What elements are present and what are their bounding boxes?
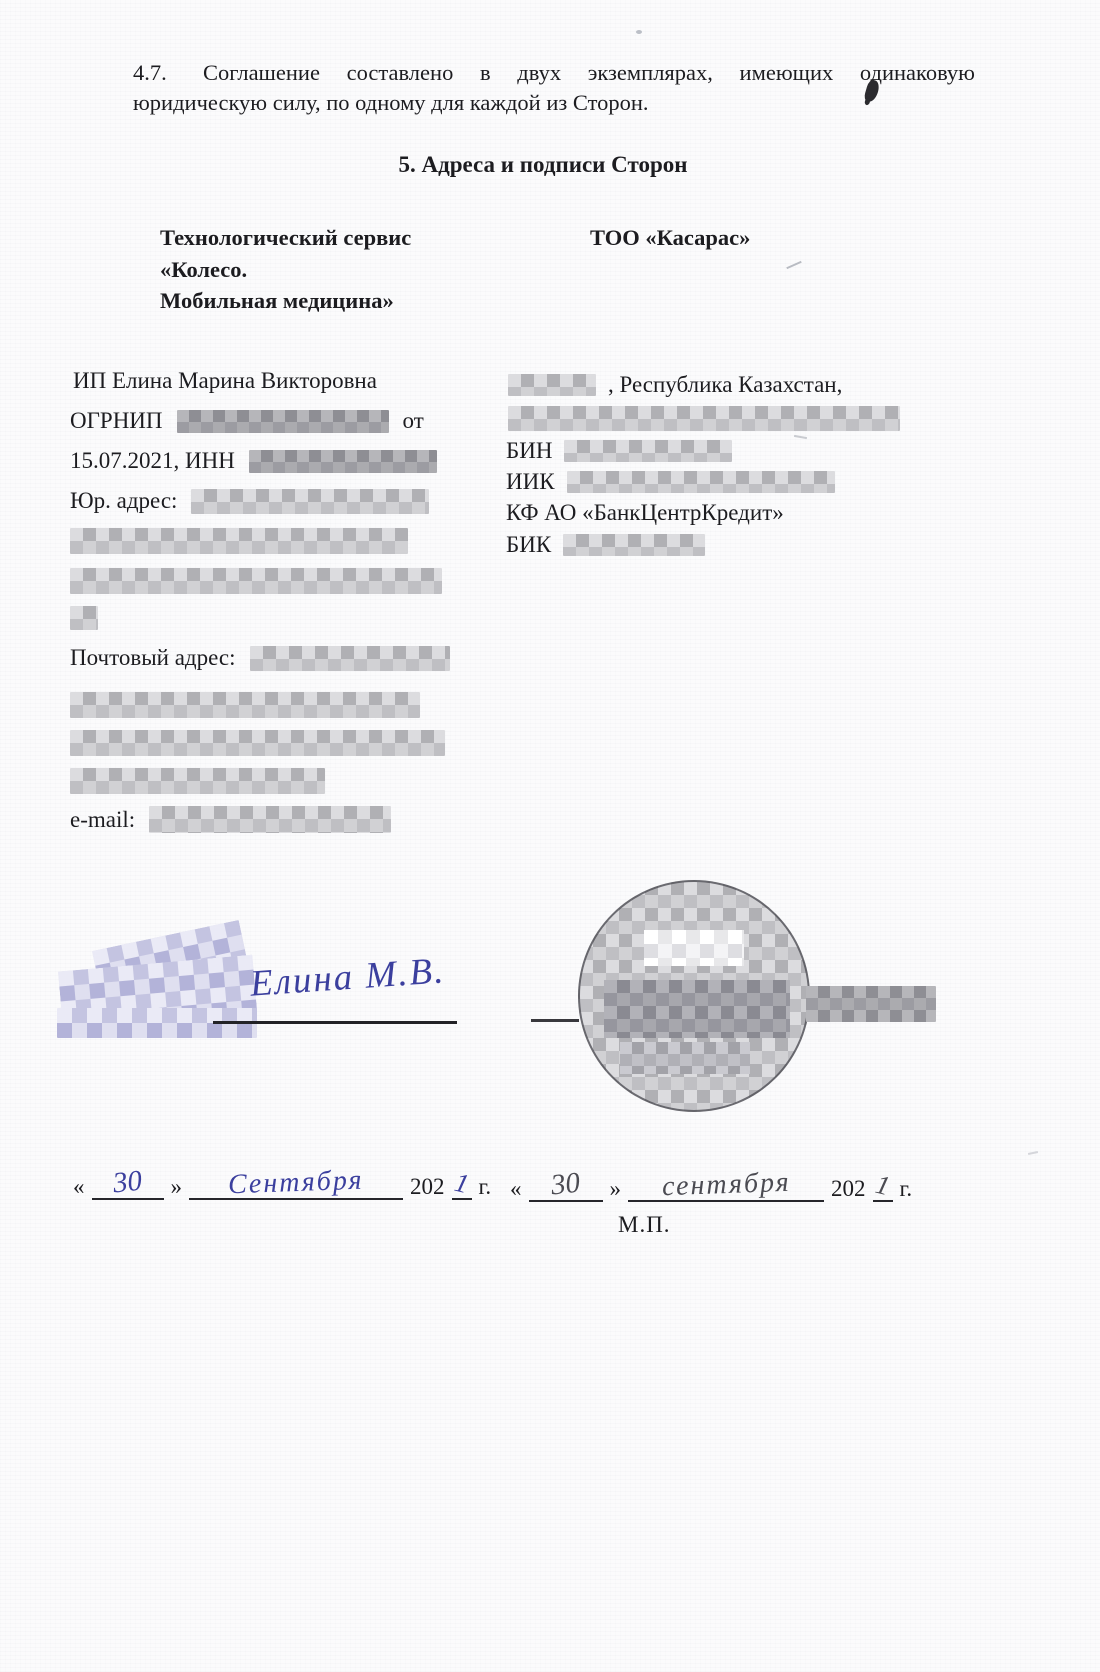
day-underline: 30 [529, 1174, 603, 1202]
redacted-iik-value [567, 471, 835, 493]
legal-address-label: Юр. адрес: [70, 488, 177, 514]
pencil-mark [1028, 1151, 1038, 1155]
quote-open: « [510, 1176, 522, 1202]
email-label: e-mail: [70, 807, 135, 833]
left-party-title: Технологический сервис «Колесо. Мобильна… [160, 222, 411, 317]
redacted-address-fragment [70, 606, 98, 630]
right-date-line: « 30 » сентября 202 1 г. [510, 1174, 912, 1202]
month-underline: Сентября [189, 1172, 403, 1200]
ogrnip-label: ОГРНИП [70, 408, 163, 434]
handwritten-month: сентября [661, 1167, 791, 1203]
postal-address-label: Почтовый адрес: [70, 645, 236, 671]
handwritten-year-digit: 1 [872, 1169, 893, 1202]
left-party-title-line2: «Колесо. [160, 254, 411, 286]
redacted-ogrnip-value [177, 410, 389, 433]
redacted-legal-address [191, 489, 429, 514]
right-bin-line: БИН [506, 438, 732, 464]
year-digit-underline: 1 [452, 1172, 472, 1200]
redacted-bin-value [564, 440, 732, 462]
pencil-mark [794, 435, 807, 439]
left-postal-address-line: Почтовый адрес: [70, 645, 450, 671]
handwritten-month: Сентября [228, 1165, 365, 1202]
redacted-right-signature [806, 986, 936, 1022]
ogrnip-tail: от [403, 408, 424, 434]
bin-label: БИН [506, 438, 552, 464]
left-email-line: e-mail: [70, 806, 391, 833]
quote-open: « [73, 1174, 85, 1200]
clause-text: Соглашение составлено в двух экземплярах… [133, 60, 975, 115]
year-digit-underline: 1 [873, 1174, 893, 1202]
redacted-city [508, 374, 596, 396]
left-date-line: « 30 » Сентября 202 1 г. [73, 1172, 491, 1200]
redacted-email-value [149, 806, 391, 833]
handwritten-year-digit: 1 [451, 1167, 472, 1200]
clause-4-7: 4.7.Соглашение составлено в двух экземпл… [133, 58, 975, 118]
company-stamp [578, 880, 810, 1112]
inn-prefix: 15.07.2021, ИНН [70, 448, 235, 474]
month-underline: сентября [628, 1174, 824, 1202]
redacted-address-line [70, 768, 325, 794]
left-entrepreneur-name: ИП Елина Марина Викторовна [73, 368, 377, 394]
redacted-bik-value [563, 534, 705, 556]
right-bank-line: КФ АО «БанкЦентрКредит» [506, 500, 784, 526]
scan-speck [636, 30, 642, 34]
quote-close: » [171, 1174, 183, 1200]
stamp-blur-lower-band [620, 1042, 750, 1074]
redacted-address-line [70, 568, 442, 594]
right-signature-line [531, 1019, 579, 1022]
redacted-postal-address [250, 646, 450, 671]
stamp-blur-highlight [644, 930, 744, 966]
contract-scan-page: 4.7.Соглашение составлено в двух экземпл… [0, 0, 1100, 1672]
stamp-blur-signature-band [604, 980, 790, 1038]
handwritten-day: 30 [549, 1167, 581, 1203]
iik-label: ИИК [506, 469, 555, 495]
quote-close: » [610, 1176, 622, 1202]
redacted-address-line [70, 528, 408, 554]
year-printed: 202 [831, 1176, 866, 1202]
left-signature-line [213, 1021, 457, 1024]
right-city-line: , Республика Казахстан, [508, 372, 842, 398]
right-party-title: ТОО «Касарас» [590, 222, 750, 254]
section-heading: 5. Адреса и подписи Сторон [133, 152, 953, 178]
era-label: г. [900, 1176, 913, 1202]
right-iik-line: ИИК [506, 469, 835, 495]
pencil-mark [786, 261, 801, 269]
handwritten-day: 30 [111, 1165, 143, 1201]
left-party-title-line3: Мобильная медицина» [160, 285, 411, 317]
day-underline: 30 [92, 1172, 164, 1200]
left-legal-address-line: Юр. адрес: [70, 488, 429, 514]
left-party-title-line1: Технологический сервис [160, 222, 411, 254]
left-inn-line: 15.07.2021, ИНН [70, 448, 437, 474]
bik-label: БИК [506, 532, 551, 558]
right-bik-line: БИК [506, 532, 705, 558]
redacted-inn-value [249, 450, 437, 473]
country-text: , Республика Казахстан, [608, 372, 842, 398]
left-signature-handwriting: Елина М.В. [249, 949, 447, 1006]
redacted-address-line [70, 730, 445, 756]
redacted-address-line [508, 406, 900, 431]
left-ogrnip-line: ОГРНИП от [70, 408, 424, 434]
redacted-address-line [70, 692, 420, 718]
clause-number: 4.7. [133, 58, 203, 88]
stamp-place-label: М.П. [618, 1212, 671, 1238]
year-printed: 202 [410, 1174, 445, 1200]
era-label: г. [479, 1174, 492, 1200]
